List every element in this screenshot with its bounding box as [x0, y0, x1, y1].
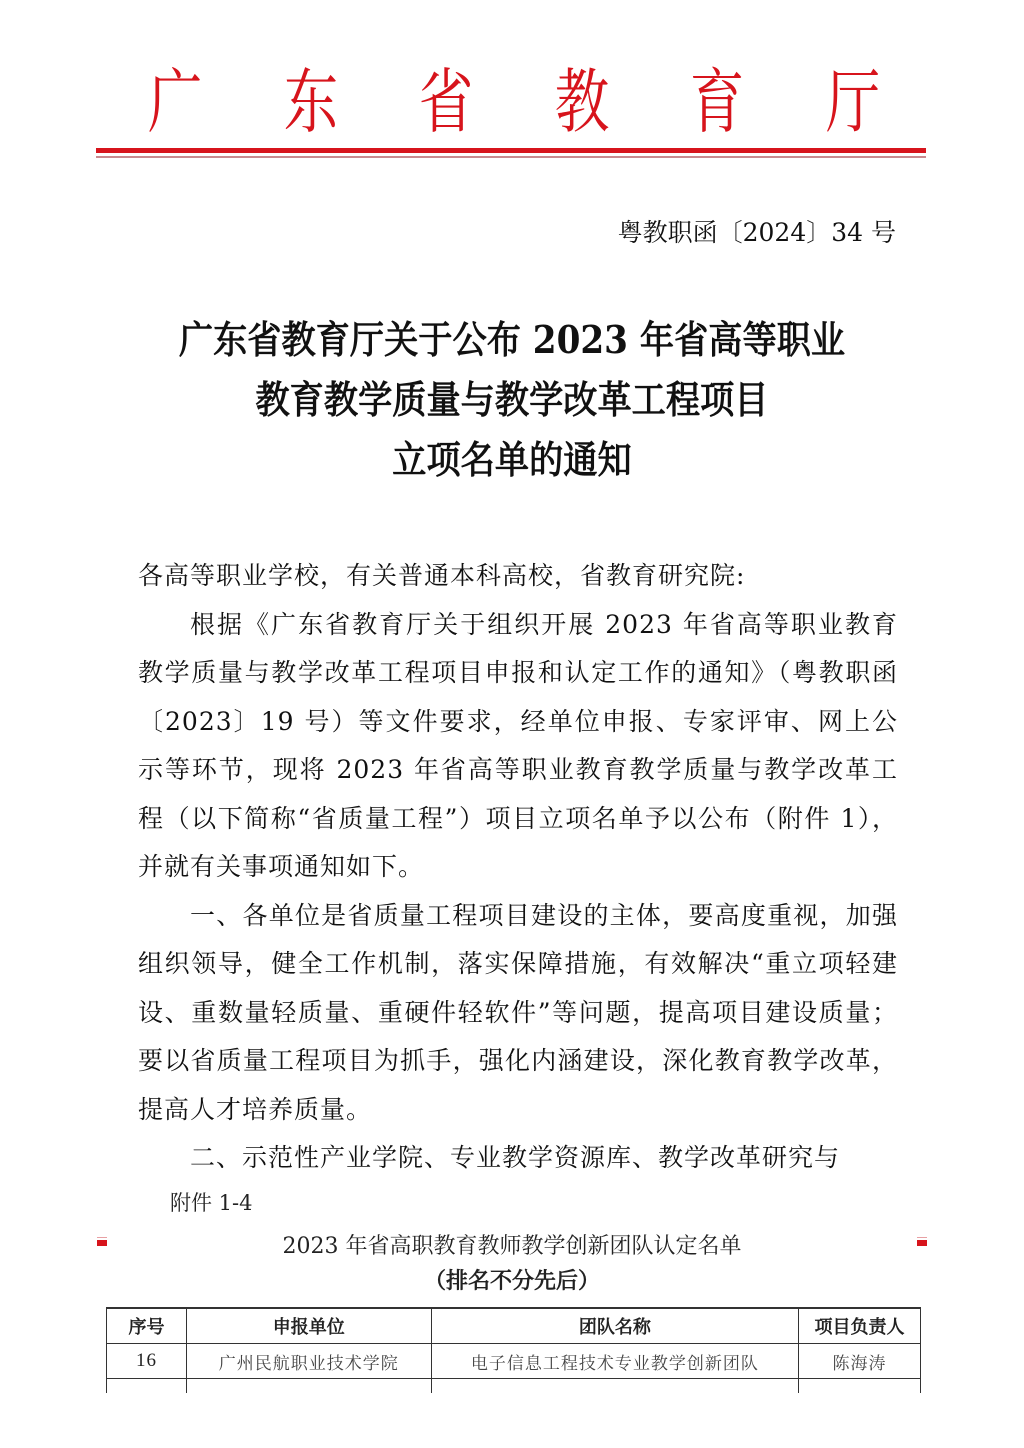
- column-header: 团队名称: [431, 1308, 799, 1344]
- document-title: 广东省教育厅关于公布 2023 年省高等职业 教育教学质量与教学改革工程项目 立…: [0, 310, 1024, 490]
- attachment-label: 附件 1-4: [170, 1188, 253, 1218]
- cell-empty: [431, 1379, 799, 1394]
- cell-unit: 广州民航职业技术学院: [186, 1344, 431, 1379]
- team-roster-table: 序号 申报单位 团队名称 项目负责人 16 广州民航职业技术学院 电子信息工程技…: [106, 1307, 921, 1393]
- cell-empty: [799, 1379, 921, 1394]
- header-rule-thin: [96, 156, 926, 158]
- table-title: 2023 年省高职教育教师教学创新团队认定名单: [0, 1232, 1024, 1262]
- title-line: 立项名单的通知: [51, 430, 973, 490]
- masthead-char: 厅: [826, 62, 881, 142]
- table-subtitle: （排名不分先后）: [0, 1266, 1024, 1296]
- body-paragraph: 一、各单位是省质量工程项目建设的主体，要高度重视，加强组织领导，健全工作机制，落…: [138, 892, 898, 1135]
- masthead-char: 教: [554, 62, 609, 142]
- table-header-row: 序号 申报单位 团队名称 项目负责人: [107, 1308, 921, 1344]
- masthead-char: 广: [148, 62, 203, 142]
- masthead-char: 东: [283, 62, 338, 142]
- body-paragraph: 二、示范性产业学院、专业教学资源库、教学改革研究与: [138, 1134, 898, 1183]
- table-row: 16 广州民航职业技术学院 电子信息工程技术专业教学创新团队 陈海涛: [107, 1344, 921, 1379]
- header-rule-thick: [96, 148, 926, 153]
- column-header: 申报单位: [186, 1308, 431, 1344]
- cell-team: 电子信息工程技术专业教学创新团队: [431, 1344, 799, 1379]
- salutation: 各高等职业学校，有关普通本科高校，省教育研究院:: [138, 552, 898, 601]
- document-number: 粤教职函〔2024〕34 号: [618, 215, 896, 251]
- column-header: 序号: [107, 1308, 187, 1344]
- masthead-char: 育: [690, 62, 745, 142]
- cell-index: 16: [107, 1344, 187, 1379]
- table-row-partial: [107, 1379, 921, 1394]
- column-header: 项目负责人: [799, 1308, 921, 1344]
- title-line: 广东省教育厅关于公布 2023 年省高等职业: [51, 310, 973, 370]
- body-paragraph: 根据《广东省教育厅关于组织开展 2023 年省高等职业教育教学质量与教学改革工程…: [138, 601, 898, 892]
- title-line: 教育教学质量与教学改革工程项目: [51, 370, 973, 430]
- cell-empty: [107, 1379, 187, 1394]
- agency-masthead: 广 东 省 教 育 厅: [96, 62, 926, 142]
- cell-empty: [186, 1379, 431, 1394]
- cell-leader: 陈海涛: [799, 1344, 921, 1379]
- document-body: 各高等职业学校，有关普通本科高校，省教育研究院: 根据《广东省教育厅关于组织开展…: [138, 552, 898, 1183]
- masthead-char: 省: [419, 62, 474, 142]
